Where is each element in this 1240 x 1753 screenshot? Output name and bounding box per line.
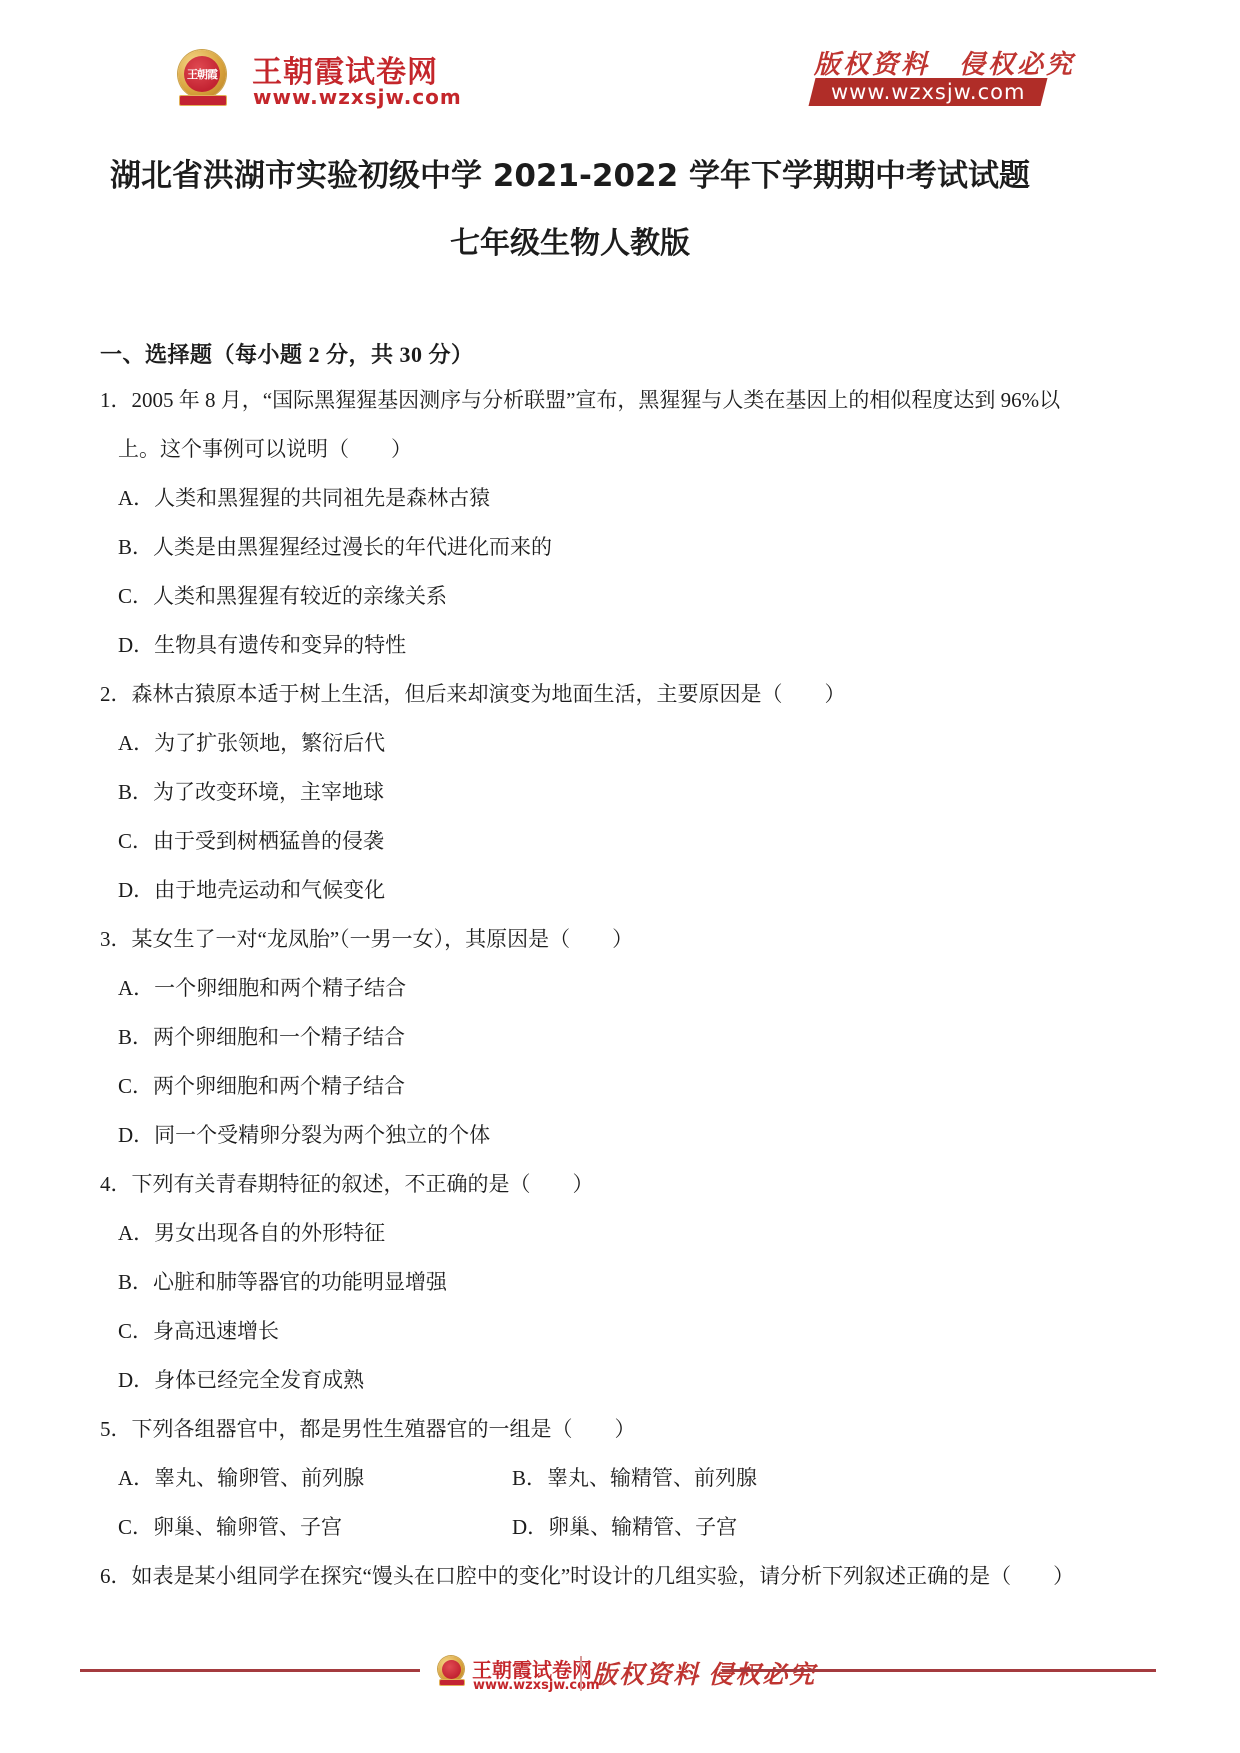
exam-title-line2: 七年级生物人教版 [0, 218, 1140, 262]
question-stem: 1．2005 年 8 月，“国际黑猩猩基因测序与分析联盟”宣布，黑猩猩与人类在基… [100, 376, 1180, 425]
footer-logo-medal [438, 1656, 466, 1686]
question-stem: 2．森林古猿原本适于树上生活，但后来却演变为地面生活，主要原因是（ ） [100, 670, 1180, 719]
option: B．心脏和肺等器官的功能明显增强 [100, 1258, 1180, 1307]
question-2: 2．森林古猿原本适于树上生活，但后来却演变为地面生活，主要原因是（ ）A．为了扩… [100, 670, 1180, 915]
option: C．两个卵细胞和两个精子结合 [100, 1062, 1180, 1111]
footer-rule-left [80, 1669, 420, 1672]
question-stem: 6．如表是某小组同学在探究“馒头在口腔中的变化”时设计的几组实验，请分析下列叙述… [100, 1552, 1180, 1601]
option: A．一个卵细胞和两个精子结合 [100, 964, 1180, 1013]
question-5: 5．下列各组器官中，都是男性生殖器官的一组是（ ）A．睾丸、输卵管、前列腺B．睾… [100, 1405, 1180, 1552]
option: B．两个卵细胞和一个精子结合 [100, 1013, 1180, 1062]
option: B．为了改变环境，主宰地球 [100, 768, 1180, 817]
header-site-url: www.wzxsjw.com [253, 85, 462, 109]
option: A．睾丸、输卵管、前列腺 [118, 1466, 364, 1490]
header-banner-url-text: www.wzxsjw.com [831, 80, 1025, 104]
question-3: 3．某女生了一对“龙凤胎”（一男一女），其原因是（ ）A．一个卵细胞和两个精子结… [100, 915, 1180, 1160]
option: A．为了扩张领地，繁衍后代 [100, 719, 1180, 768]
option: C．卵巢、输卵管、子宫 [118, 1515, 342, 1539]
header-url-banner: www.wzxsjw.com [809, 78, 1048, 106]
medal-ring-icon: 王朝霞 [178, 50, 226, 98]
question-stem-continuation: 上。这个事例可以说明（ ） [100, 425, 1180, 474]
footer-copyright-slogan: 版权资料 侵权必究 [592, 1655, 816, 1691]
question-6: 6．如表是某小组同学在探究“馒头在口腔中的变化”时设计的几组实验，请分析下列叙述… [100, 1552, 1180, 1601]
option: B．人类是由黑猩猩经过漫长的年代进化而来的 [100, 523, 1180, 572]
footer-rule-right [722, 1669, 1156, 1672]
option: A．男女出现各自的外形特征 [100, 1209, 1180, 1258]
question-stem: 4．下列有关青春期特征的叙述，不正确的是（ ） [100, 1160, 1180, 1209]
option: D．生物具有遗传和变异的特性 [100, 621, 1180, 670]
option: B．睾丸、输精管、前列腺 [512, 1454, 757, 1503]
option: C．由于受到树栖猛兽的侵袭 [100, 817, 1180, 866]
question-stem: 3．某女生了一对“龙凤胎”（一男一女），其原因是（ ） [100, 915, 1180, 964]
question-stem: 5．下列各组器官中，都是男性生殖器官的一组是（ ） [100, 1405, 1180, 1454]
option-row: C．卵巢、输卵管、子宫D．卵巢、输精管、子宫 [100, 1503, 1180, 1552]
option-row: A．睾丸、输卵管、前列腺B．睾丸、输精管、前列腺 [100, 1454, 1180, 1503]
section-heading: 一、选择题（每小题 2 分，共 30 分） [100, 338, 474, 369]
medal-ribbon-icon [179, 95, 227, 106]
option: D．由于地壳运动和气候变化 [100, 866, 1180, 915]
questions-list: 1．2005 年 8 月，“国际黑猩猩基因测序与分析联盟”宣布，黑猩猩与人类在基… [100, 376, 1180, 1601]
footer-medal-ribbon-icon [439, 1679, 465, 1686]
exam-title-line1: 湖北省洪湖市实验初级中学 2021-2022 学年下学期期中考试试题 [0, 150, 1140, 195]
option: C．身高迅速增长 [100, 1307, 1180, 1356]
footer-divider [580, 1656, 582, 1691]
question-1: 1．2005 年 8 月，“国际黑猩猩基因测序与分析联盟”宣布，黑猩猩与人类在基… [100, 376, 1180, 670]
footer-medal-core-icon [442, 1660, 461, 1679]
site-logo-medal: 王朝霞 [178, 50, 228, 106]
option: C．人类和黑猩猩有较近的亲缘关系 [100, 572, 1180, 621]
exam-paper-page: 王朝霞 王朝霞试卷网 www.wzxsjw.com 版权资料 侵权必究 www.… [0, 0, 1240, 1753]
option: D．卵巢、输精管、子宫 [512, 1503, 737, 1552]
question-4: 4．下列有关青春期特征的叙述，不正确的是（ ）A．男女出现各自的外形特征B．心脏… [100, 1160, 1180, 1405]
medal-badge-text: 王朝霞 [184, 56, 220, 92]
option: D．身体已经完全发育成熟 [100, 1356, 1180, 1405]
option: A．人类和黑猩猩的共同祖先是森林古猿 [100, 474, 1180, 523]
header-copyright-slogan: 版权资料 侵权必究 [814, 44, 1050, 81]
option: D．同一个受精卵分裂为两个独立的个体 [100, 1111, 1180, 1160]
